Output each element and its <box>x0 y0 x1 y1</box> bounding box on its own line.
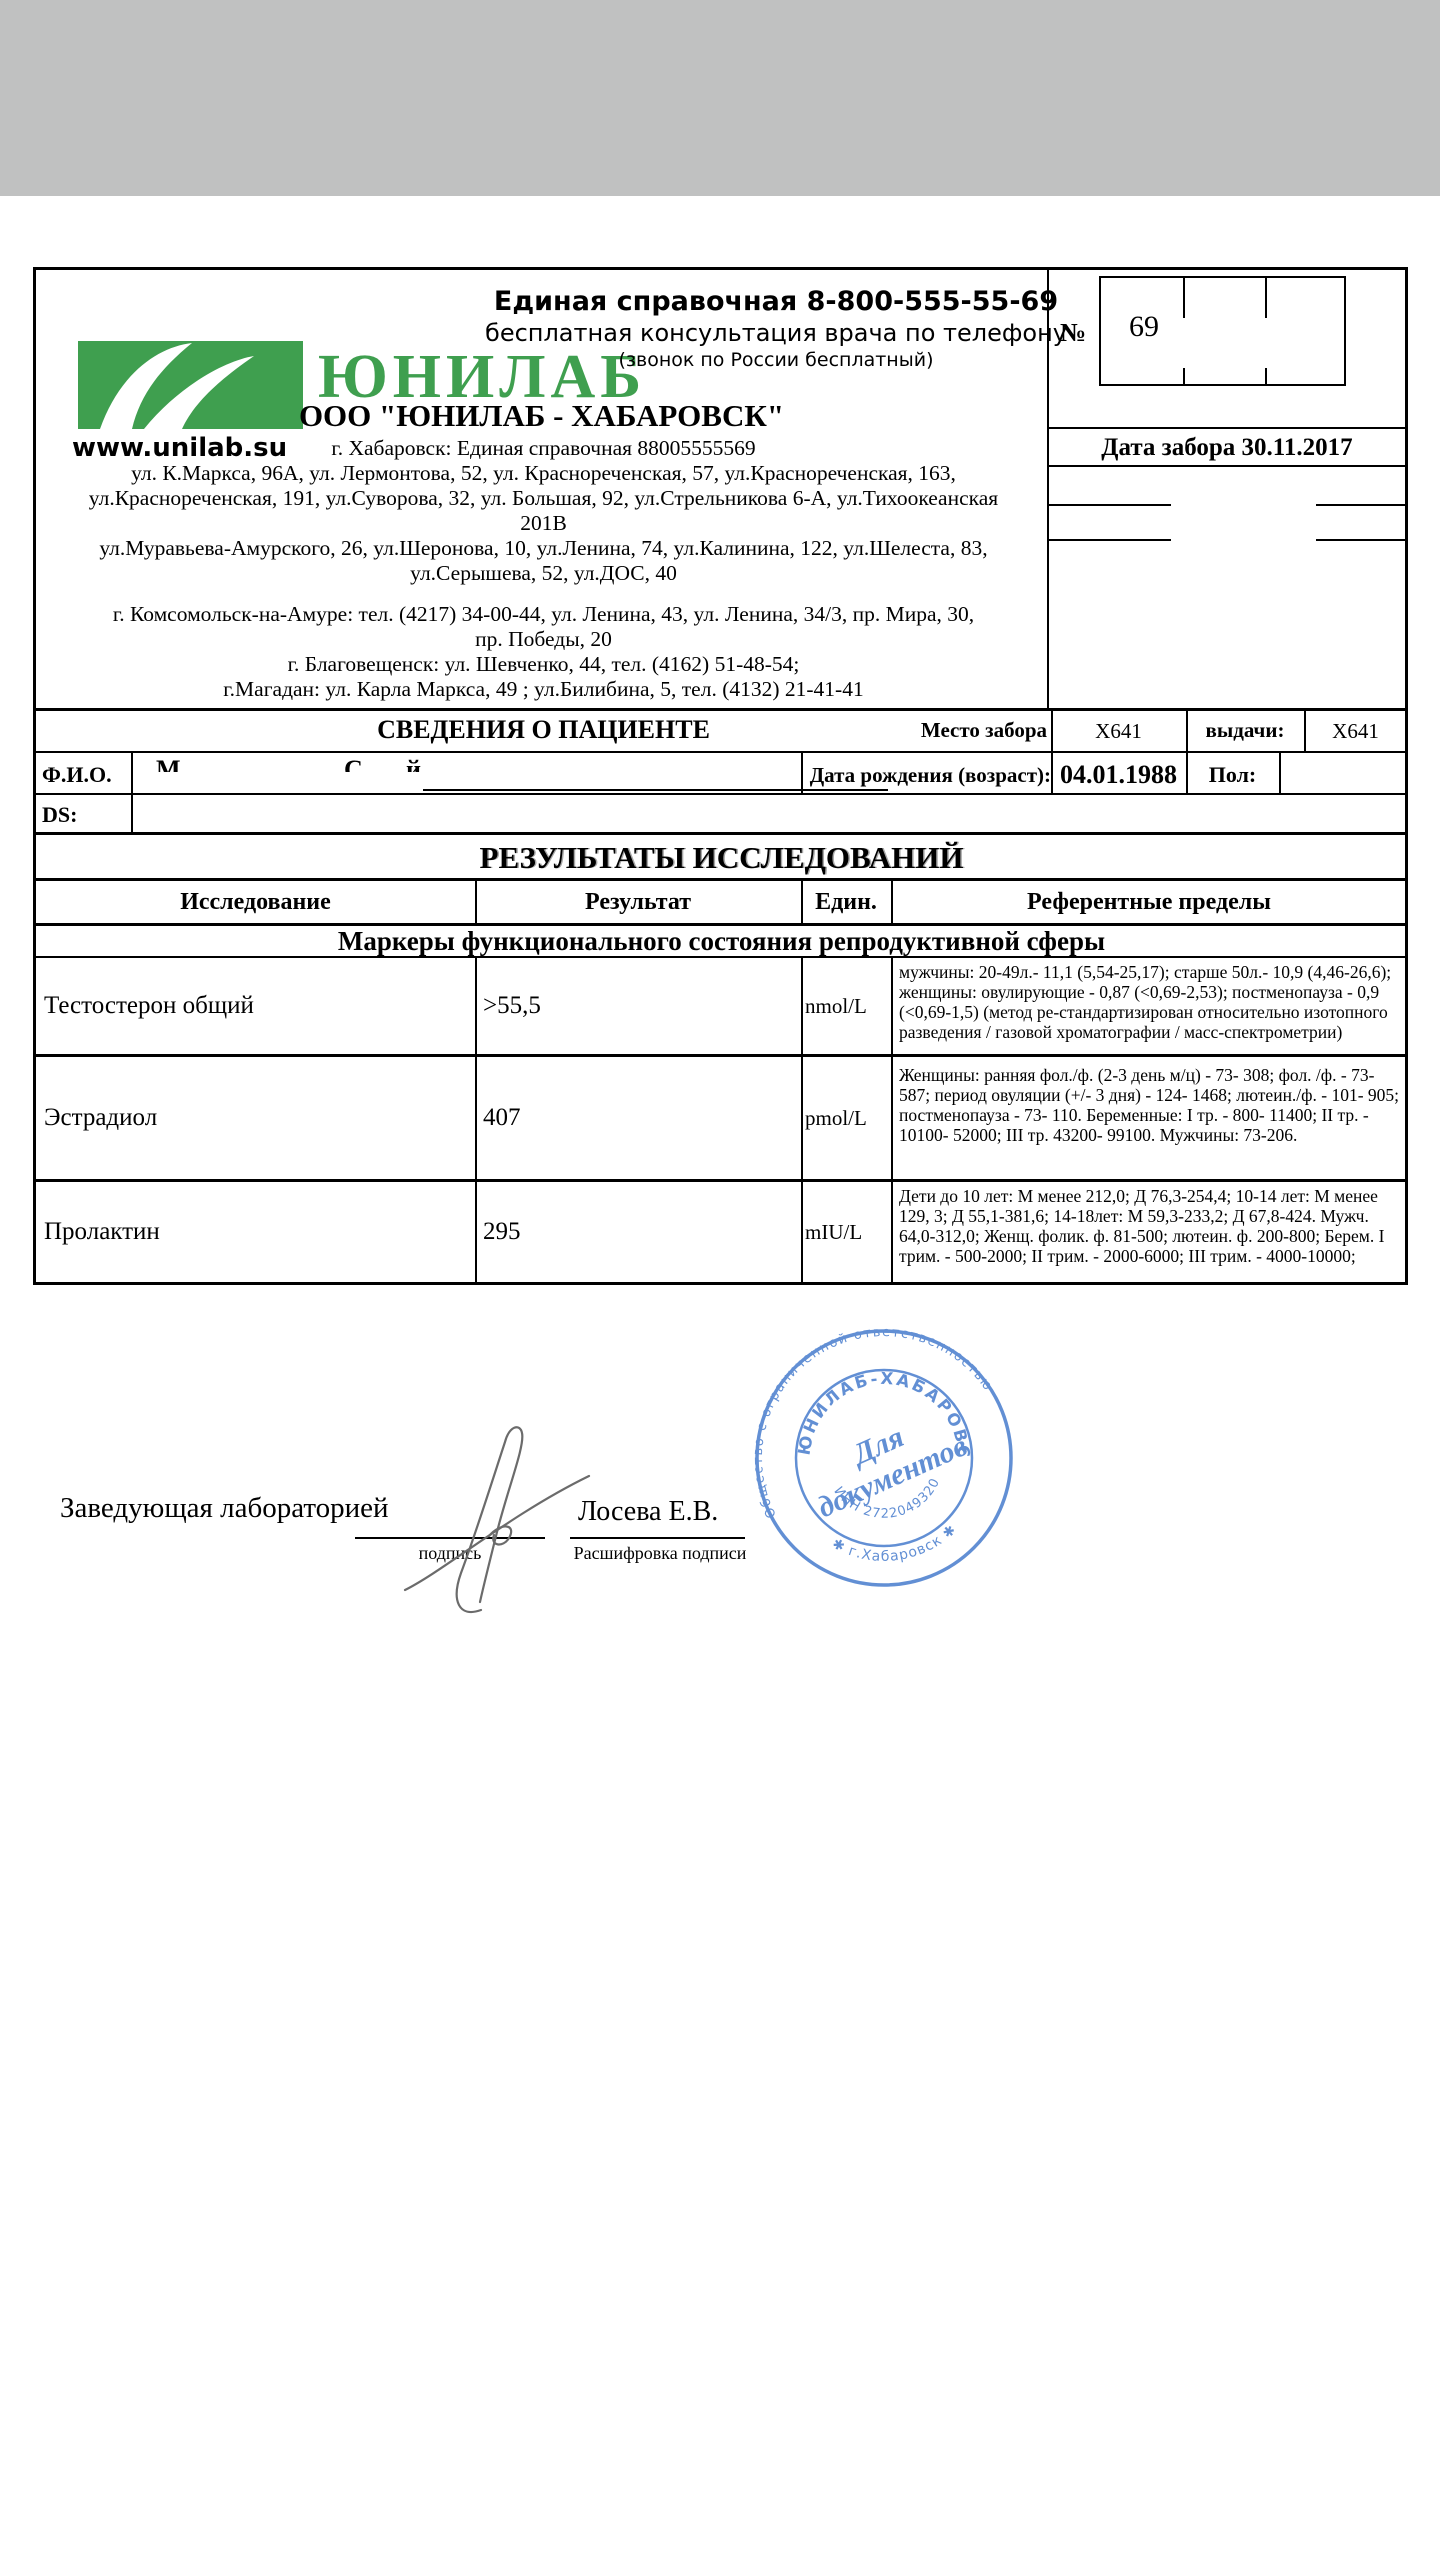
redaction-line <box>423 789 888 791</box>
test-reference: Дети до 10 лет: М менее 212,0; Д 76,3-25… <box>891 1182 1407 1282</box>
result-row-testosterone: Тестостерон общий >55,5 nmol/L мужчины: … <box>36 956 1407 1054</box>
branch-addresses: г. Хабаровск: Единая справочная 88005555… <box>46 436 1041 702</box>
results-group-row: Маркеры функционального состояния репрод… <box>36 926 1407 956</box>
diagnosis-row: DS: <box>36 793 1407 832</box>
column-unit: Един. <box>801 881 891 923</box>
patient-name-row: Ф.И.О. М С й Дата рождения (возраст): 04… <box>36 751 1407 793</box>
place-of-issue-label: выдачи: <box>1186 718 1304 743</box>
test-result: 295 <box>483 1182 521 1282</box>
test-unit: mIU/L <box>805 1182 862 1282</box>
result-row-estradiol: Эстрадиол 407 pmol/L Женщины: ранняя фол… <box>36 1054 1407 1179</box>
patient-section-title: СВЕДЕНИЯ О ПАЦИЕНТЕ <box>36 715 1051 745</box>
place-of-issue-value: X641 <box>1304 719 1407 744</box>
fio-label: Ф.И.О. <box>42 762 112 788</box>
test-name: Пролактин <box>44 1182 160 1282</box>
redacted-name-fragment: М <box>156 757 181 772</box>
report-header: ЮНИЛАБ www.unilab.su Единая справочная 8… <box>36 270 1407 708</box>
test-unit: pmol/L <box>805 1057 867 1179</box>
dob-value: 04.01.1988 <box>1051 760 1186 790</box>
place-of-sampling-value: X641 <box>1051 719 1186 744</box>
stamp-city-text: ✱ г.Хабаровск ✱ <box>829 1522 960 1565</box>
lab-report-sheet: ЮНИЛАБ www.unilab.su Единая справочная 8… <box>33 267 1408 1285</box>
blank-field-line <box>1047 539 1171 541</box>
result-row-prolactin: Пролактин 295 mIU/L Дети до 10 лет: М ме… <box>36 1179 1407 1282</box>
redacted-name-fragment: С <box>344 757 363 772</box>
hotline-title: Единая справочная 8-800-555-55-69 <box>476 286 1076 317</box>
test-reference: мужчины: 20-49л.- 11,1 (5,54-25,17); ста… <box>891 958 1407 1054</box>
place-of-sampling-label: Место забора <box>921 718 1047 743</box>
test-reference: Женщины: ранняя фол./ф. (2-3 день м/ц) -… <box>891 1057 1407 1179</box>
test-unit: nmol/L <box>805 958 867 1054</box>
group-title: Маркеры функционального состояния репрод… <box>338 926 1105 956</box>
test-result: 407 <box>483 1057 521 1179</box>
hotline-block: Единая справочная 8-800-555-55-69 беспла… <box>476 286 1076 371</box>
hotline-note: (звонок по России бесплатный) <box>476 349 1076 371</box>
blank-field-line <box>1316 504 1407 506</box>
handwritten-signature <box>393 1418 603 1623</box>
sampling-date: Дата забора 30.11.2017 <box>1047 427 1407 467</box>
company-stamp: Общество с ограниченной ответственностью… <box>744 1318 1024 1603</box>
dob-label: Дата рождения (возраст): <box>801 763 1051 788</box>
test-result: >55,5 <box>483 958 541 1054</box>
number-box: 69 <box>1099 276 1346 386</box>
results-header-row: Исследование Результат Един. Референтные… <box>36 881 1407 926</box>
patient-section-header-row: СВЕДЕНИЯ О ПАЦИЕНТЕ Место забора X641 вы… <box>36 708 1407 751</box>
column-reference: Референтные пределы <box>891 881 1407 923</box>
blank-field-line <box>1316 539 1407 541</box>
scanned-document-viewer: ЮНИЛАБ www.unilab.su Единая справочная 8… <box>0 0 1440 2560</box>
sex-label: Пол: <box>1186 762 1279 788</box>
redacted-name-fragment: й <box>406 757 421 772</box>
lab-head-title: Заведующая лабораторией <box>60 1492 389 1525</box>
svg-text:✱ г.Хабаровск ✱: ✱ г.Хабаровск ✱ <box>829 1522 960 1565</box>
number-value: 69 <box>1129 310 1159 344</box>
column-test: Исследование <box>36 881 475 923</box>
number-label: № <box>1060 318 1086 348</box>
company-name: ООО "ЮНИЛАБ - ХАБАРОВСК" <box>36 398 1047 434</box>
results-title-row: РЕЗУЛЬТАТЫ ИССЛЕДОВАНИЙ <box>36 832 1407 881</box>
results-title: РЕЗУЛЬТАТЫ ИССЛЕДОВАНИЙ <box>480 840 964 875</box>
column-result: Результат <box>475 881 801 923</box>
test-name: Эстрадиол <box>44 1057 157 1179</box>
test-name: Тестостерон общий <box>44 958 254 1054</box>
blank-field-line <box>1047 504 1171 506</box>
ds-label: DS: <box>42 802 77 828</box>
hotline-subtitle: бесплатная консультация врача по телефон… <box>476 319 1076 347</box>
viewer-background-band <box>0 0 1440 196</box>
